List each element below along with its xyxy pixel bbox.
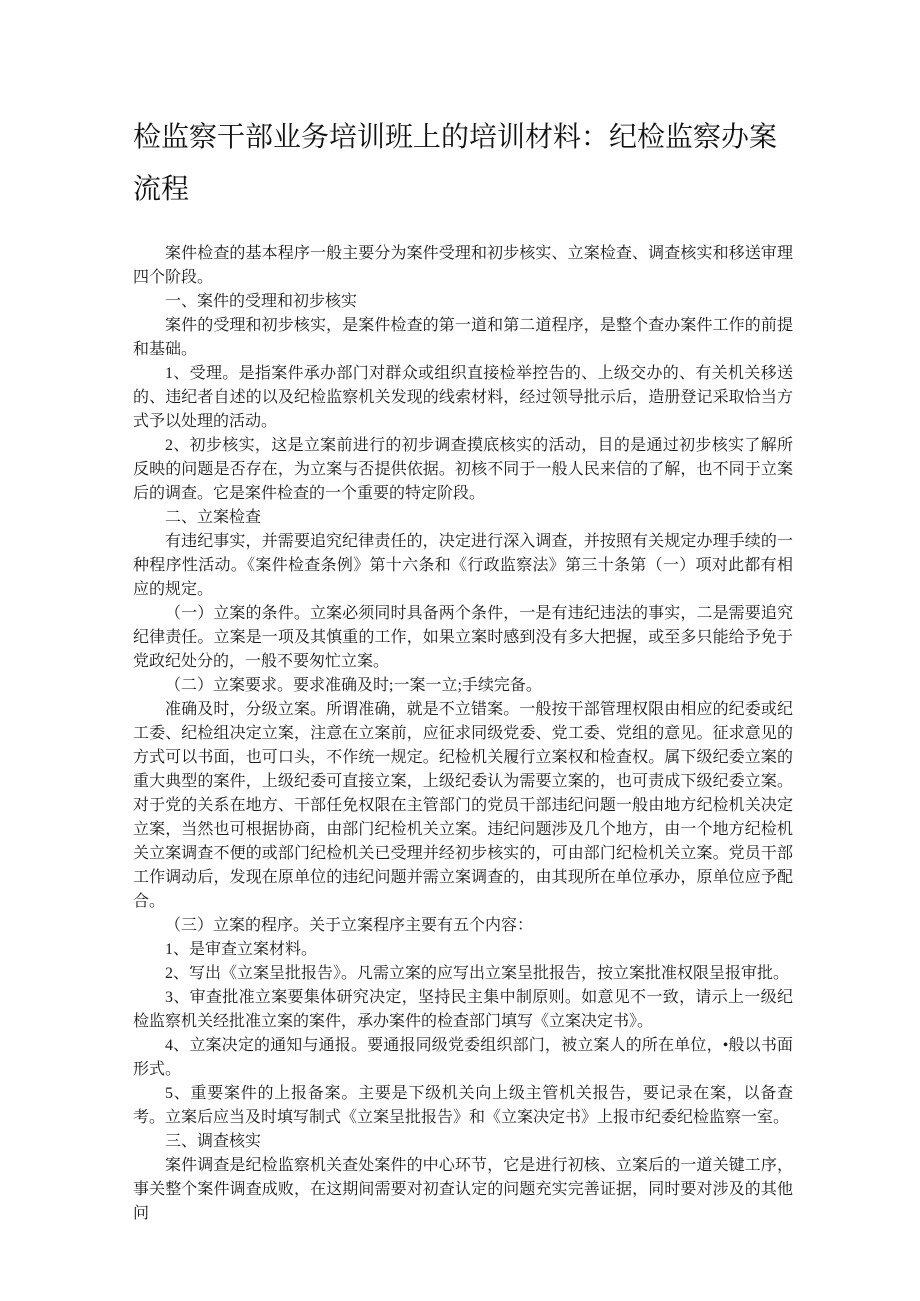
paragraph-step-1: 1、是审查立案材料。: [133, 938, 793, 962]
paragraph-item-1-shouli: 1、受理。是指案件承办部门对群众或组织直接检举控告的、上级交办的、有关机关移送的…: [133, 362, 793, 434]
paragraph-lian-tiaojian: （一）立案的条件。立案必须同时具备两个条件，一是有违纪违法的事实，二是需要追究纪…: [133, 602, 793, 674]
paragraph-lian-yaoqiu: （二）立案要求。要求准确及时;一案一立;手续完备。: [133, 674, 793, 698]
paragraph-step-2: 2、写出《立案呈批报告》。凡需立案的应写出立案呈批报告，按立案批准权限呈报审批。: [133, 962, 793, 986]
document-page: 检监察干部业务培训班上的培训材料：纪检监察办案流程 案件检查的基本程序一般主要分…: [0, 0, 920, 1301]
paragraph: 案件的受理和初步核实，是案件检查的第一道和第二道程序，是整个查办案件工作的前提和…: [133, 314, 793, 362]
paragraph-lian-chengxu: （三）立案的程序。关于立案程序主要有五个内容：: [133, 914, 793, 938]
section-heading-3: 三、调查核实: [133, 1130, 793, 1154]
paragraph-step-3: 3、审查批准立案要集体研究决定，坚持民主集中制原则。如意见不一致，请示上一级纪检…: [133, 986, 793, 1034]
paragraph: 有违纪事实，并需要追究纪律责任的，决定进行深入调查，并按照有关规定办理手续的一种…: [133, 530, 793, 602]
section-heading-2: 二、立案检查: [133, 506, 793, 530]
paragraph: 准确及时，分级立案。所谓准确，就是不立错案。一般按干部管理权限由相应的纪委或纪工…: [133, 698, 793, 914]
section-heading-1: 一、案件的受理和初步核实: [133, 290, 793, 314]
paragraph-step-4: 4、立案决定的通知与通报。要通报同级党委组织部门，被立案人的所在单位，•般以书面…: [133, 1034, 793, 1082]
document-title: 检监察干部业务培训班上的培训材料：纪检监察办案流程: [133, 112, 793, 216]
paragraph-truncated: 案件调查是纪检监察机关查处案件的中心环节，它是进行初核、立案后的一道关键工序，事…: [133, 1154, 793, 1226]
paragraph-item-2-chubu: 2、初步核实，这是立案前进行的初步调查摸底核实的活动，目的是通过初步核实了解所反…: [133, 434, 793, 506]
document-body: 案件检查的基本程序一般主要分为案件受理和初步核实、立案检查、调查核实和移送审理四…: [133, 242, 793, 1226]
paragraph-intro: 案件检查的基本程序一般主要分为案件受理和初步核实、立案检查、调查核实和移送审理四…: [133, 242, 793, 290]
paragraph-step-5: 5、重要案件的上报备案。主要是下级机关向上级主管机关报告，要记录在案，以备查考。…: [133, 1082, 793, 1130]
